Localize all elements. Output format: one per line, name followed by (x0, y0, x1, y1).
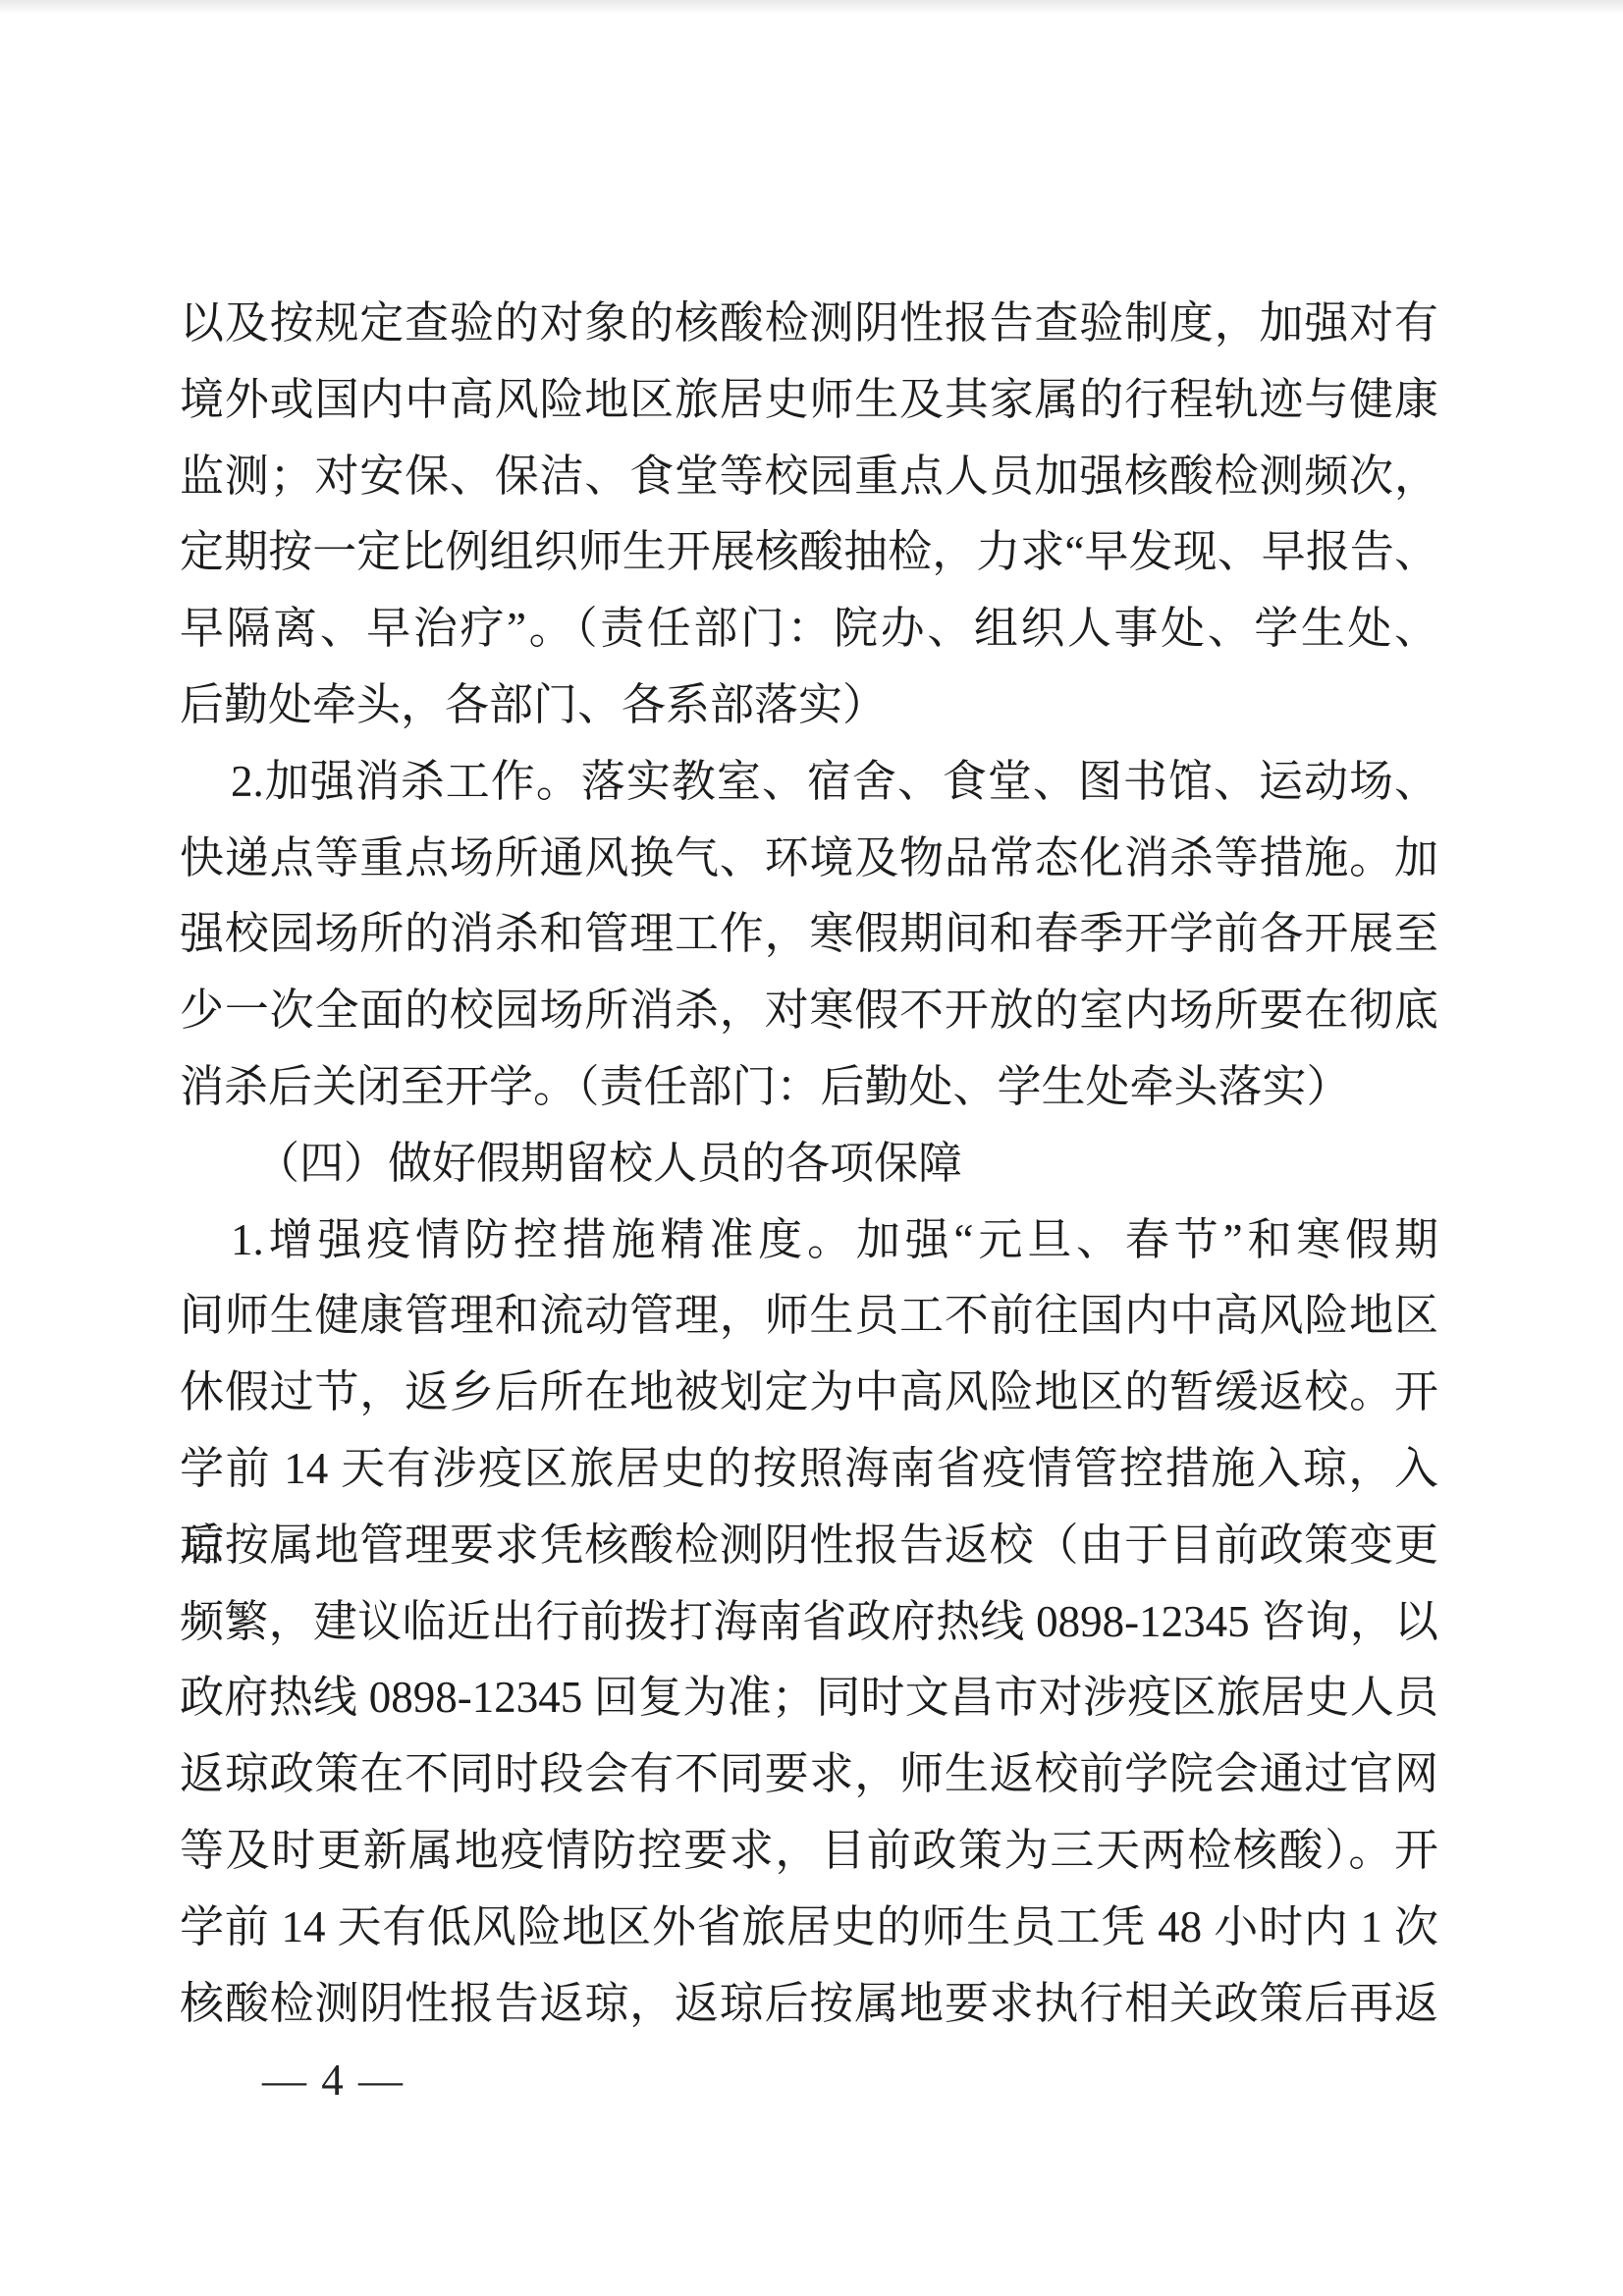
text-line: 后勤处牵头，各部门、各系部落实） (180, 667, 1438, 744)
text-line: 境外或国内中高风险地区旅居史师生及其家属的行程轨迹与健康 (180, 362, 1438, 439)
text-line: 定期按一定比例组织师生开展核酸抽检，力求“早发现、早报告、 (180, 514, 1438, 591)
text-line: 间师生健康管理和流动管理，师生员工不前往国内中高风险地区 (180, 1278, 1438, 1355)
text-line: 政府热线 0898-12345 回复为准；同时文昌市对涉疫区旅居史人员 (180, 1660, 1438, 1736)
text-line: 以及按规定查验的对象的核酸检测阴性报告查验制度，加强对有 (180, 286, 1438, 362)
text-line: 消杀后关闭至开学。（责任部门：后勤处、学生处牵头落实） (180, 1049, 1438, 1126)
text-line: 频繁，建议临近出行前拨打海南省政府热线 0898-12345 咨询，以 (180, 1584, 1438, 1661)
text-line: 监测；对安保、保洁、食堂等校园重点人员加强核酸检测频次， (180, 439, 1438, 515)
scan-edge-shading (0, 0, 1623, 14)
text-line: 返琼政策在不同时段会有不同要求，师生返校前学院会通过官网 (180, 1736, 1438, 1813)
text-line: 1.增强疫情防控措施精准度。加强“元旦、春节”和寒假期 (180, 1202, 1438, 1279)
page-number: — 4 — (262, 2043, 405, 2119)
text-line: 学前 14 天有涉疫区旅居史的按照海南省疫情管控措施入琼，入琼 (180, 1431, 1438, 1508)
text-line: 学前 14 天有低风险地区外省旅居史的师生员工凭 48 小时内 1 次 (180, 1890, 1438, 1966)
text-line: 后按属地管理要求凭核酸检测阴性报告返校（由于目前政策变更 (180, 1508, 1438, 1584)
section-heading-line: （四）做好假期留校人员的各项保障 (180, 1126, 1438, 1202)
text-line: 休假过节，返乡后所在地被划定为中高风险地区的暂缓返校。开 (180, 1355, 1438, 1431)
text-line: 快递点等重点场所通风换气、环境及物品常态化消杀等措施。加 (180, 821, 1438, 897)
document-body: 以及按规定查验的对象的核酸检测阴性报告查验制度，加强对有 境外或国内中高风险地区… (180, 286, 1438, 2042)
scanned-document-page: 以及按规定查验的对象的核酸检测阴性报告查验制度，加强对有 境外或国内中高风险地区… (0, 0, 1623, 2296)
text-line: 2.加强消杀工作。落实教室、宿舍、食堂、图书馆、运动场、 (180, 744, 1438, 821)
text-line: 早隔离、早治疗”。（责任部门：院办、组织人事处、学生处、 (180, 591, 1438, 667)
text-line: 少一次全面的校园场所消杀，对寒假不开放的室内场所要在彻底 (180, 973, 1438, 1049)
text-line: 等及时更新属地疫情防控要求，目前政策为三天两检核酸）。开 (180, 1813, 1438, 1890)
text-line: 强校园场所的消杀和管理工作，寒假期间和春季开学前各开展至 (180, 896, 1438, 973)
text-line: 核酸检测阴性报告返琼，返琼后按属地要求执行相关政策后再返 (180, 1966, 1438, 2043)
